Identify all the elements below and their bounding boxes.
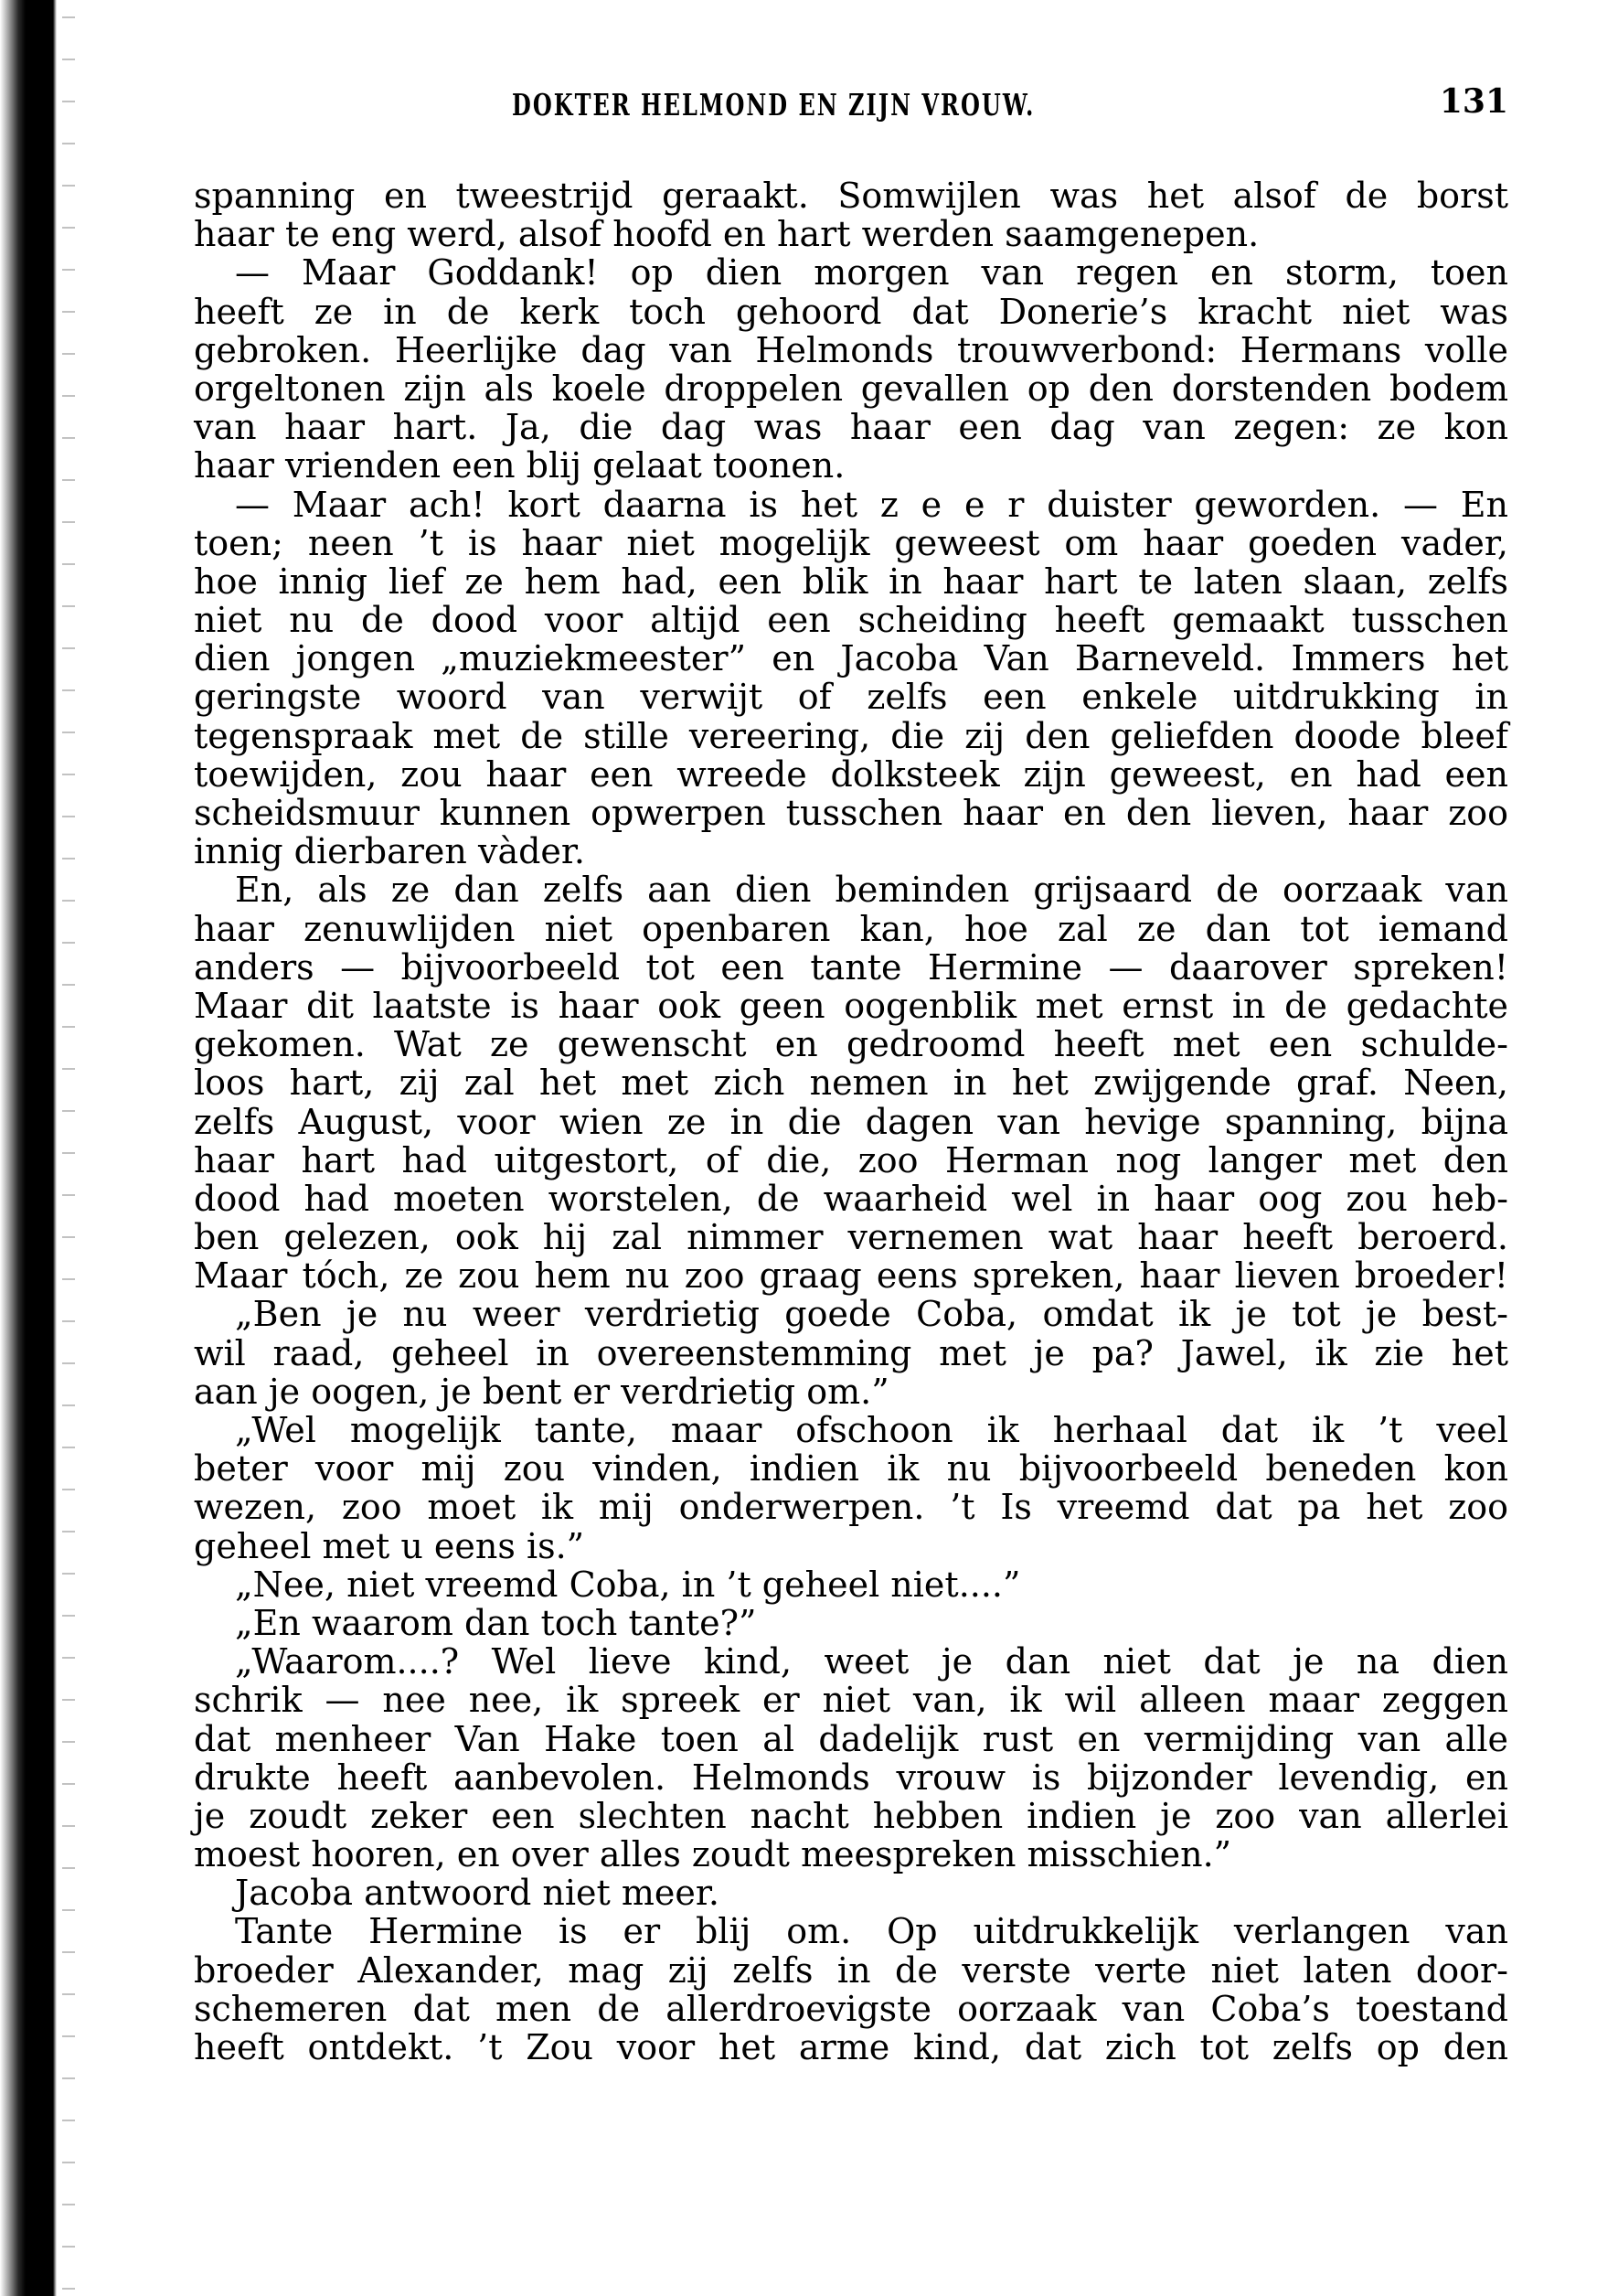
text-line: gekomen. Wat ze gewenscht en gedroomd he… [194, 1025, 1508, 1063]
text-line: geringste woord van verwijt of zelfs een… [194, 678, 1508, 716]
text-line: toewijden, zou haar een wreede dolksteek… [194, 755, 1508, 794]
text-line: „Wel mogelijk tante, maar ofschoon ik he… [194, 1411, 1508, 1449]
page-number: 131 [1440, 82, 1508, 121]
text-line: wezen, zoo moet ik mij onderwerpen. ’t I… [194, 1488, 1508, 1526]
text-line: ben gelezen, ook hij zal nimmer vernemen… [194, 1218, 1508, 1256]
text-line: schemeren dat men de allerdroevigste oor… [194, 1990, 1508, 2028]
text-line: hoe innig lief ze hem had, een blik in h… [194, 562, 1508, 601]
text-line: Jacoba antwoord niet meer. [194, 1874, 1508, 1912]
text-line: tegenspraak met de stille vereering, die… [194, 717, 1508, 755]
text-line: Maar tóch, ze zou hem nu zoo graag eens … [194, 1256, 1508, 1295]
text-line: dat menheer Van Hake toen al dadelijk ru… [194, 1720, 1508, 1758]
text-line: orgeltonen zijn als koele droppelen geva… [194, 369, 1508, 408]
text-line: innig dierbaren vàder. [194, 832, 1508, 870]
text-line: dien jongen „muziekmeester” en Jacoba Va… [194, 639, 1508, 678]
text-line: En, als ze dan zelfs aan dien beminden g… [194, 870, 1508, 909]
text-line: je zoudt zeker een slechten nacht hebben… [194, 1797, 1508, 1835]
text-line: dood had moeten worstelen, de waarheid w… [194, 1180, 1508, 1218]
text-line: wil raad, geheel in overeenstemming met … [194, 1334, 1508, 1372]
text-line: geheel met u eens is.” [194, 1527, 1508, 1565]
text-line: heeft ontdekt. ’t Zou voor het arme kind… [194, 2028, 1508, 2066]
text-line: moest hooren, en over alles zoudt meespr… [194, 1835, 1508, 1874]
text-line: — Maar ach! kort daarna is het z e e r d… [194, 486, 1508, 524]
text-line: spanning en tweestrijd geraakt. Somwijle… [194, 176, 1508, 215]
text-line: drukte heeft aanbevolen. Helmonds vrouw … [194, 1758, 1508, 1797]
text-line: haar vrienden een blij gelaat toonen. [194, 446, 1508, 485]
text-line: broeder Alexander, mag zij zelfs in de v… [194, 1951, 1508, 1990]
text-line: „Waarom....? Wel lieve kind, weet je dan… [194, 1642, 1508, 1681]
body-text: spanning en tweestrijd geraakt. Somwijle… [194, 176, 1508, 2066]
text-line: scheidsmuur kunnen opwerpen tusschen haa… [194, 794, 1508, 832]
text-line: haar te eng werd, alsof hoofd en hart we… [194, 215, 1508, 253]
text-line: van haar hart. Ja, die dag was haar een … [194, 408, 1508, 446]
running-head: DOKTER HELMOND EN ZIJN VROUW. 131 [512, 82, 1508, 121]
text-line: toen; neen ’t is haar niet mogelijk gewe… [194, 524, 1508, 562]
text-line: loos hart, zij zal het met zich nemen in… [194, 1063, 1508, 1102]
book-binding-edge [0, 0, 57, 2296]
text-line: schrik — nee nee, ik spreek er niet van,… [194, 1681, 1508, 1719]
text-line: niet nu de dood voor altijd een scheidin… [194, 601, 1508, 639]
text-line: beter voor mij zou vinden, indien ik nu … [194, 1449, 1508, 1488]
text-line: Maar dit laatste is haar ook geen oogenb… [194, 987, 1508, 1025]
text-line: — Maar Goddank! op dien morgen van regen… [194, 253, 1508, 292]
text-line: aan je oogen, je bent er verdrietig om.” [194, 1372, 1508, 1411]
text-line: haar zenuwlijden niet openbaren kan, hoe… [194, 910, 1508, 948]
text-line: „En waarom dan toch tante?” [194, 1604, 1508, 1642]
running-title: DOKTER HELMOND EN ZIJN VROUW. [512, 87, 1035, 123]
text-line: gebroken. Heerlijke dag van Helmonds tro… [194, 331, 1508, 369]
text-line: „Nee, niet vreemd Coba, in ’t geheel nie… [194, 1565, 1508, 1604]
text-line: „Ben je nu weer verdrietig goede Coba, o… [194, 1295, 1508, 1333]
text-line: anders — bijvoorbeeld tot een tante Herm… [194, 948, 1508, 987]
text-line: zelfs August, voor wien ze in die dagen … [194, 1103, 1508, 1141]
text-line: heeft ze in de kerk toch gehoord dat Don… [194, 293, 1508, 331]
scan-noise [62, 0, 75, 2296]
text-line: Tante Hermine is er blij om. Op uitdrukk… [194, 1912, 1508, 1950]
text-line: haar hart had uitgestort, of die, zoo He… [194, 1141, 1508, 1180]
